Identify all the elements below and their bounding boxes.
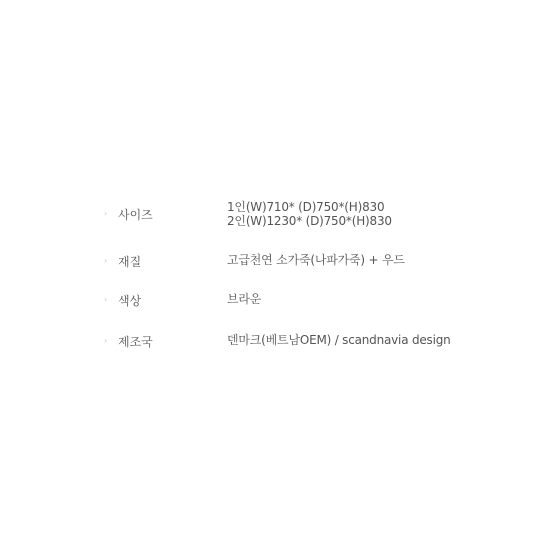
bullet-icon: ›	[104, 209, 107, 218]
spec-label: 사이즈	[118, 206, 153, 223]
spec-value: 2인(W)1230* (D)750*(H)830	[227, 214, 392, 228]
spec-value: 브라운	[227, 292, 261, 306]
bullet-icon: ›	[104, 336, 107, 345]
spec-value: 덴마크(베트남OEM) / scandnavia design	[227, 333, 451, 347]
spec-value: 고급천연 소가죽(나파가죽) + 우드	[227, 253, 405, 267]
product-spec-table: › 사이즈 1인(W)710* (D)750*(H)830 2인(W)1230*…	[0, 0, 550, 550]
bullet-icon: ›	[104, 295, 107, 304]
spec-label: 제조국	[118, 333, 153, 350]
spec-label: 색상	[118, 292, 141, 309]
spec-value: 1인(W)710* (D)750*(H)830	[227, 200, 384, 214]
bullet-icon: ›	[104, 256, 107, 265]
spec-label: 재질	[118, 253, 141, 270]
